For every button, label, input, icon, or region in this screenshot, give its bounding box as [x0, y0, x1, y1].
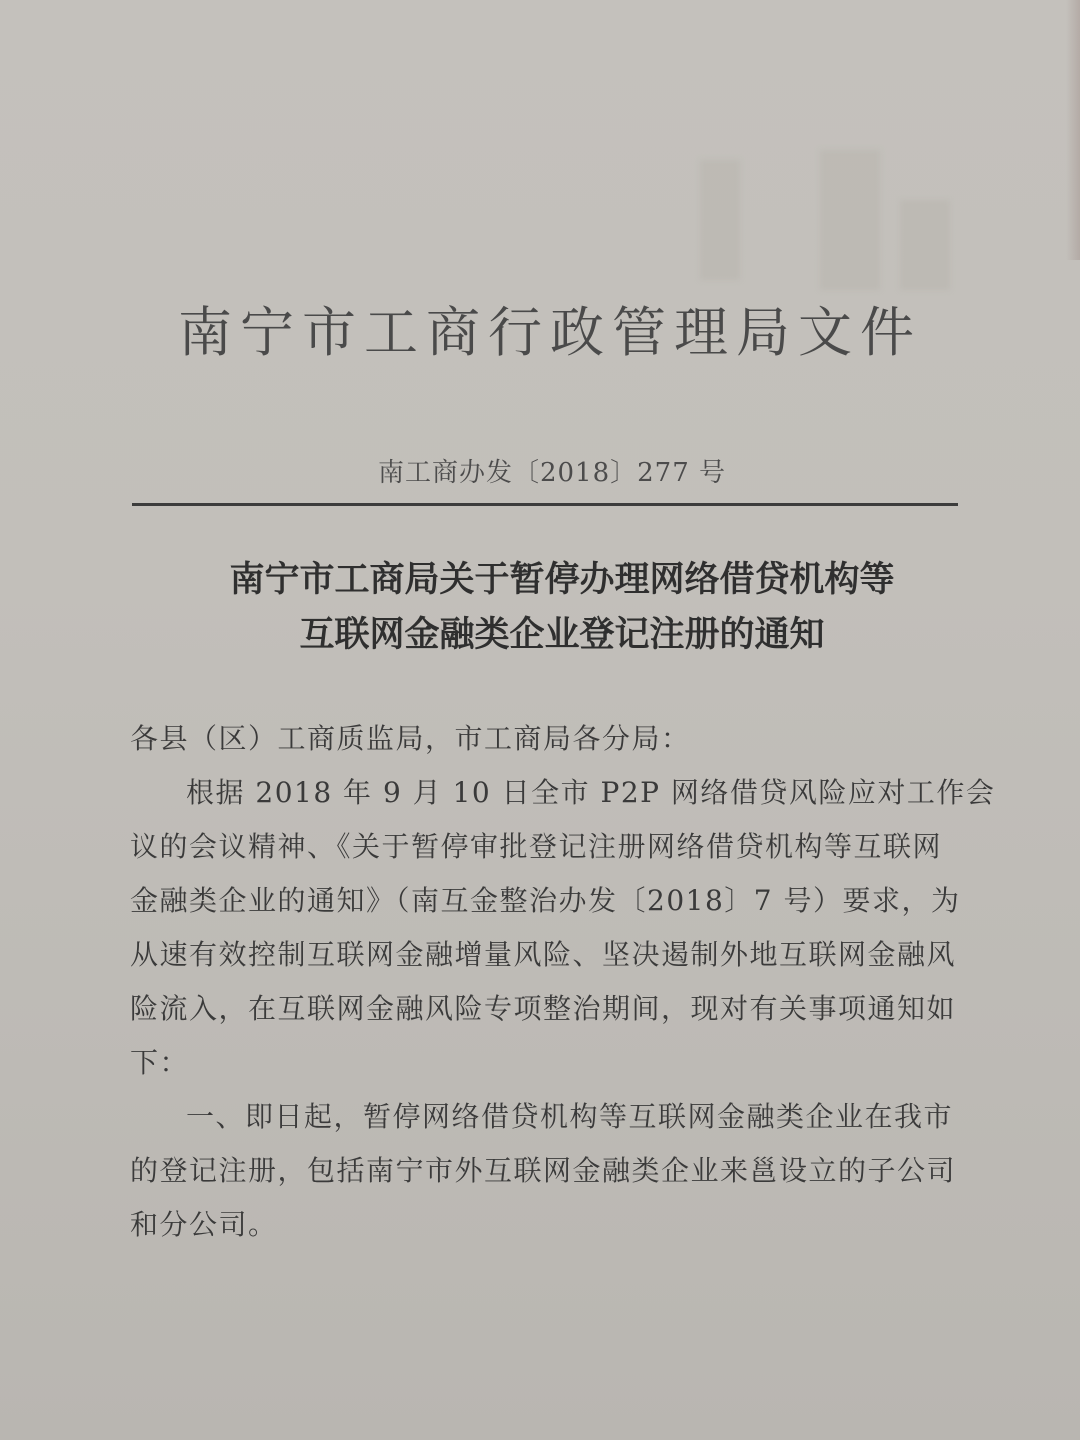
document-number: 南工商办发〔2018〕277 号: [0, 452, 1080, 489]
paragraph-1-line: 险流入，在互联网金融风险专项整治期间，现对有关事项通知如: [130, 982, 970, 1036]
addressee: 各县（区）工商质监局，市工商局各分局：: [130, 712, 970, 766]
paragraph-1-line: 根据 2018 年 9 月 10 日全市 P2P 网络借贷风险应对工作会: [130, 766, 970, 820]
page-edge-shadow: [1066, 0, 1080, 260]
document-body: 各县（区）工商质监局，市工商局各分局： 根据 2018 年 9 月 10 日全市…: [130, 712, 970, 1252]
bleed-through-mark: [700, 160, 740, 280]
document-subject: 南宁市工商局关于暂停办理网络借贷机构等 互联网金融类企业登记注册的通知: [0, 553, 1080, 663]
paragraph-2-line: 一、即日起，暂停网络借贷机构等互联网金融类企业在我市: [130, 1090, 970, 1144]
header-divider-line: [132, 503, 958, 506]
paragraph-2-line: 的登记注册，包括南宁市外互联网金融类企业来邕设立的子公司: [130, 1144, 970, 1198]
subject-line-2: 互联网金融类企业登记注册的通知: [22, 608, 1080, 663]
paragraph-2-line: 和分公司。: [130, 1198, 970, 1252]
paragraph-1-line: 下：: [130, 1036, 970, 1090]
paragraph-1-line: 议的会议精神、《关于暂停审批登记注册网络借贷机构等互联网: [130, 820, 970, 874]
subject-line-1: 南宁市工商局关于暂停办理网络借贷机构等: [22, 553, 1080, 608]
document-page: 南宁市工商行政管理局文件 南工商办发〔2018〕277 号 南宁市工商局关于暂停…: [0, 0, 1080, 1440]
bleed-through-mark: [820, 150, 880, 290]
paragraph-1-line: 金融类企业的通知》（南互金整治办发〔2018〕7 号）要求，为: [130, 874, 970, 928]
bleed-through-mark: [900, 200, 950, 290]
paragraph-1-line: 从速有效控制互联网金融增量风险、坚决遏制外地互联网金融风: [130, 928, 970, 982]
document-header-title: 南宁市工商行政管理局文件: [0, 290, 1080, 367]
